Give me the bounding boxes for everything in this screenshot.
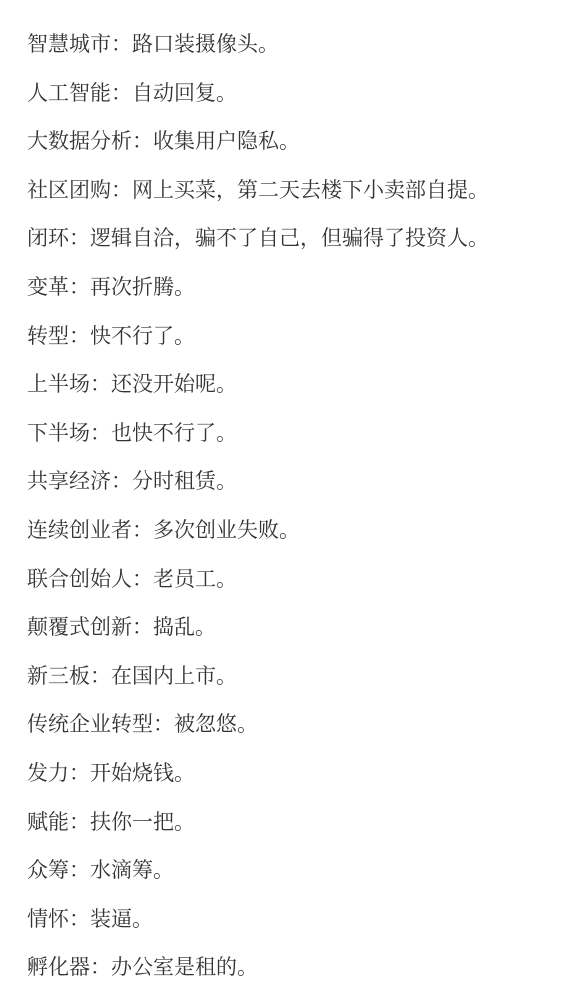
separator: ： bbox=[153, 712, 174, 736]
meaning: 捣乱。 bbox=[153, 615, 216, 639]
meaning: 还没开始呢。 bbox=[111, 372, 237, 396]
term: 大数据分析 bbox=[27, 129, 132, 153]
separator: ： bbox=[69, 761, 90, 785]
meaning: 逻辑自洽，骗不了自己，但骗得了投资人。 bbox=[90, 226, 489, 250]
separator: ： bbox=[69, 275, 90, 299]
meaning: 开始烧钱。 bbox=[90, 761, 195, 785]
separator: ： bbox=[111, 178, 132, 202]
term: 人工智能 bbox=[27, 81, 111, 105]
list-item: 大数据分析：收集用户隐私。 bbox=[27, 123, 489, 172]
separator: ： bbox=[69, 324, 90, 348]
separator: ： bbox=[132, 567, 153, 591]
separator: ： bbox=[132, 615, 153, 639]
list-item: 下半场：也快不行了。 bbox=[27, 415, 489, 464]
term: 孵化器 bbox=[27, 955, 90, 979]
term: 变革 bbox=[27, 275, 69, 299]
separator: ： bbox=[111, 81, 132, 105]
separator: ： bbox=[69, 810, 90, 834]
term: 转型 bbox=[27, 324, 69, 348]
list-item: 孵化器：办公室是租的。 bbox=[27, 949, 489, 998]
list-item: 智慧城市：路口装摄像头。 bbox=[27, 26, 489, 75]
term: 赋能 bbox=[27, 810, 69, 834]
meaning: 再次折腾。 bbox=[90, 275, 195, 299]
term: 下半场 bbox=[27, 421, 90, 445]
term: 连续创业者 bbox=[27, 518, 132, 542]
meaning: 老员工。 bbox=[153, 567, 237, 591]
list-item: 转型：快不行了。 bbox=[27, 318, 489, 367]
separator: ： bbox=[90, 955, 111, 979]
list-item: 共享经济：分时租赁。 bbox=[27, 463, 489, 512]
list-item: 闭环：逻辑自洽，骗不了自己，但骗得了投资人。 bbox=[27, 220, 489, 269]
list-item: 众筹：水滴筹。 bbox=[27, 852, 489, 901]
separator: ： bbox=[132, 518, 153, 542]
glossary-list: 智慧城市：路口装摄像头。 人工智能：自动回复。 大数据分析：收集用户隐私。 社区… bbox=[27, 26, 489, 998]
meaning: 水滴筹。 bbox=[90, 858, 174, 882]
separator: ： bbox=[90, 372, 111, 396]
list-item: 上半场：还没开始呢。 bbox=[27, 366, 489, 415]
term: 情怀 bbox=[27, 907, 69, 931]
meaning: 也快不行了。 bbox=[111, 421, 237, 445]
separator: ： bbox=[69, 907, 90, 931]
separator: ： bbox=[90, 664, 111, 688]
term: 联合创始人 bbox=[27, 567, 132, 591]
term: 发力 bbox=[27, 761, 69, 785]
list-item: 颠覆式创新：捣乱。 bbox=[27, 609, 489, 658]
meaning: 路口装摄像头。 bbox=[132, 32, 279, 56]
term: 众筹 bbox=[27, 858, 69, 882]
list-item: 社区团购：网上买菜，第二天去楼下小卖部自提。 bbox=[27, 172, 489, 221]
list-item: 人工智能：自动回复。 bbox=[27, 75, 489, 124]
meaning: 自动回复。 bbox=[132, 81, 237, 105]
list-item: 情怀：装逼。 bbox=[27, 901, 489, 950]
list-item: 变革：再次折腾。 bbox=[27, 269, 489, 318]
term: 颠覆式创新 bbox=[27, 615, 132, 639]
term: 智慧城市 bbox=[27, 32, 111, 56]
meaning: 在国内上市。 bbox=[111, 664, 237, 688]
meaning: 扶你一把。 bbox=[90, 810, 195, 834]
separator: ： bbox=[111, 32, 132, 56]
separator: ： bbox=[90, 421, 111, 445]
term: 上半场 bbox=[27, 372, 90, 396]
term: 传统企业转型 bbox=[27, 712, 153, 736]
meaning: 装逼。 bbox=[90, 907, 153, 931]
list-item: 传统企业转型：被忽悠。 bbox=[27, 706, 489, 755]
meaning: 多次创业失败。 bbox=[153, 518, 300, 542]
term: 闭环 bbox=[27, 226, 69, 250]
separator: ： bbox=[69, 226, 90, 250]
list-item: 连续创业者：多次创业失败。 bbox=[27, 512, 489, 561]
separator: ： bbox=[132, 129, 153, 153]
meaning: 网上买菜，第二天去楼下小卖部自提。 bbox=[132, 178, 489, 202]
list-item: 发力：开始烧钱。 bbox=[27, 755, 489, 804]
separator: ： bbox=[69, 858, 90, 882]
list-item: 联合创始人：老员工。 bbox=[27, 561, 489, 610]
separator: ： bbox=[111, 469, 132, 493]
list-item: 新三板：在国内上市。 bbox=[27, 658, 489, 707]
term: 共享经济 bbox=[27, 469, 111, 493]
meaning: 快不行了。 bbox=[90, 324, 195, 348]
term: 新三板 bbox=[27, 664, 90, 688]
term: 社区团购 bbox=[27, 178, 111, 202]
meaning: 分时租赁。 bbox=[132, 469, 237, 493]
meaning: 收集用户隐私。 bbox=[153, 129, 300, 153]
meaning: 被忽悠。 bbox=[174, 712, 258, 736]
list-item: 赋能：扶你一把。 bbox=[27, 804, 489, 853]
meaning: 办公室是租的。 bbox=[111, 955, 258, 979]
